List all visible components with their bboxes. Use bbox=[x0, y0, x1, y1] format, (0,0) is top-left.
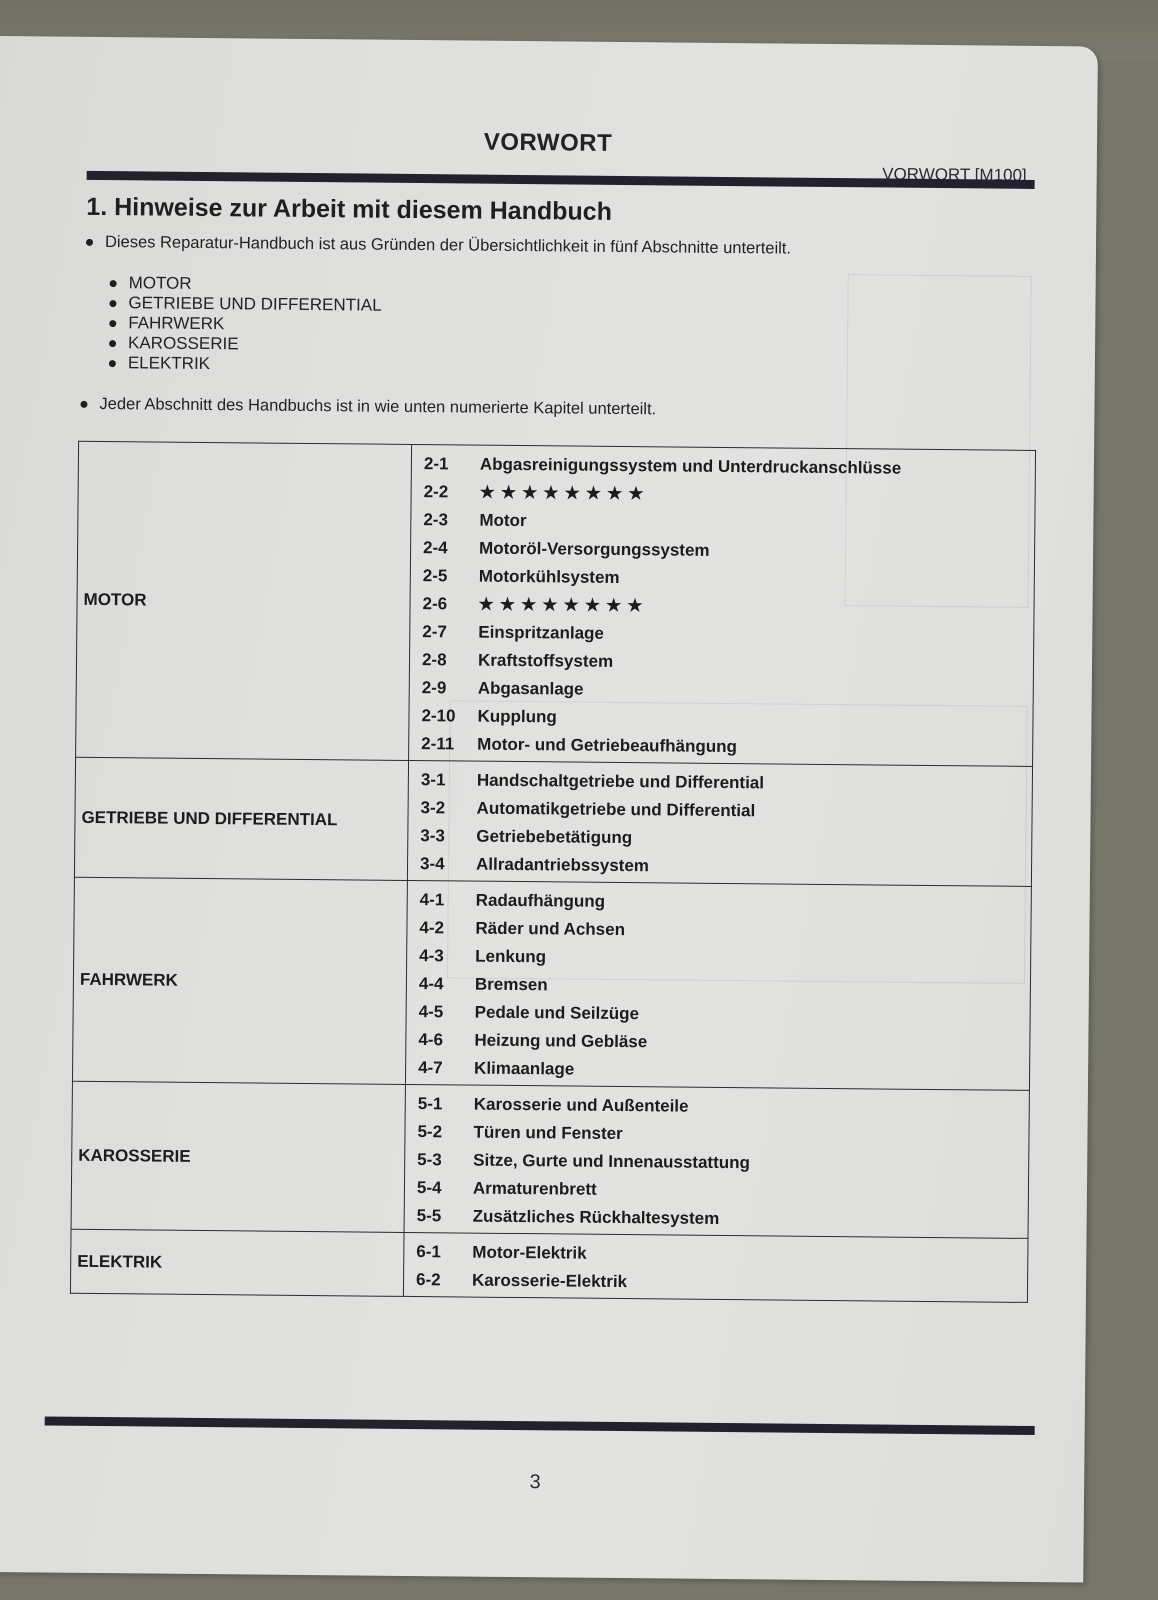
chapter-number: 3-4 bbox=[420, 854, 476, 875]
chapter-title: Radaufhängung bbox=[476, 891, 1031, 916]
chapter-number: 4-1 bbox=[420, 890, 476, 911]
chapter-title: Motorkühlsystem bbox=[479, 567, 1034, 592]
bullet-icon bbox=[109, 360, 116, 367]
table-row: GETRIEBE UND DIFFERENTIAL3-1Handschaltge… bbox=[74, 757, 1032, 886]
chapters-bullet: Jeder Abschnitt des Handbuchs ist in wie… bbox=[80, 395, 656, 420]
chapter-title: Armaturenbrett bbox=[473, 1179, 1028, 1204]
chapter-title: Motor-Elektrik bbox=[472, 1243, 1027, 1268]
footer-rule bbox=[45, 1416, 1035, 1435]
chapter-number: 5-4 bbox=[417, 1178, 473, 1199]
chapter-number: 4-2 bbox=[419, 918, 475, 939]
chapter-entry: 3-4Allradantriebssystem bbox=[420, 850, 1031, 884]
section-name-cell: FAHRWERK bbox=[72, 877, 407, 1084]
chapter-number: 2-5 bbox=[423, 566, 479, 587]
chapter-title: Kraftstoffsystem bbox=[478, 651, 1033, 676]
chapter-number: 5-2 bbox=[417, 1122, 473, 1143]
chapter-number: 4-6 bbox=[418, 1030, 474, 1051]
chapter-number: 4-4 bbox=[419, 974, 475, 995]
chapter-number: 4-7 bbox=[418, 1058, 474, 1079]
chapter-entry: 6-2Karosserie-Elektrik bbox=[416, 1266, 1027, 1300]
chapter-entry: 5-5Zusätzliches Rückhaltesystem bbox=[417, 1202, 1028, 1236]
chapter-number: 6-1 bbox=[416, 1242, 472, 1263]
bullet-icon bbox=[109, 340, 116, 347]
chapter-number: 5-1 bbox=[418, 1094, 474, 1115]
manual-page: VORWORT VORWORT [M100] 1. Hinweise zur A… bbox=[0, 36, 1098, 1582]
chapter-number: 2-6 bbox=[422, 594, 478, 615]
chapter-title: Türen und Fenster bbox=[473, 1123, 1028, 1148]
chapter-number: 2-1 bbox=[424, 454, 480, 475]
list-item: KAROSSERIE bbox=[109, 333, 381, 356]
chapter-list-cell: 3-1Handschaltgetriebe und Differential3-… bbox=[407, 760, 1032, 886]
chapter-entry: 4-7Klimaanlage bbox=[418, 1054, 1029, 1088]
chapter-list-cell: 5-1Karosserie und Außenteile5-2Türen und… bbox=[404, 1084, 1029, 1238]
chapter-title: Getriebebetätigung bbox=[476, 827, 1031, 852]
chapter-title: Abgasreinigungssystem und Unterdruckansc… bbox=[480, 455, 1035, 480]
chapter-title: Automatikgetriebe und Differential bbox=[477, 799, 1032, 824]
chapter-number: 4-5 bbox=[419, 1002, 475, 1023]
chapter-list-cell: 6-1Motor-Elektrik6-2Karosserie-Elektrik bbox=[403, 1232, 1028, 1302]
chapter-number: 2-7 bbox=[422, 622, 478, 643]
section-name-cell: MOTOR bbox=[76, 441, 412, 760]
chapter-number: 2-10 bbox=[421, 706, 477, 727]
list-item: FAHRWERK bbox=[109, 313, 381, 336]
chapter-table: MOTOR2-1Abgasreinigungssystem und Unterd… bbox=[70, 441, 1036, 1303]
chapter-title: Abgasanlage bbox=[478, 679, 1033, 704]
chapter-number: 5-3 bbox=[417, 1150, 473, 1171]
chapter-title: Kupplung bbox=[477, 707, 1032, 732]
intro-text: Dieses Reparatur-Handbuch ist aus Gründe… bbox=[105, 233, 791, 258]
chapter-title: ★★★★★★★★ bbox=[478, 595, 1033, 620]
chapter-title: Motor- und Getriebeaufhängung bbox=[477, 735, 1032, 760]
section-name-cell: KAROSSERIE bbox=[71, 1081, 405, 1232]
chapter-title: Bremsen bbox=[475, 975, 1030, 1000]
page-number: 3 bbox=[0, 1466, 1084, 1500]
chapter-title: Allradantriebssystem bbox=[476, 855, 1031, 880]
chapter-number: 5-5 bbox=[417, 1206, 473, 1227]
page-header-title: VORWORT bbox=[0, 124, 1097, 163]
chapter-number: 2-3 bbox=[423, 510, 479, 531]
table-row: KAROSSERIE5-1Karosserie und Außenteile5-… bbox=[71, 1081, 1029, 1238]
chapter-number: 2-2 bbox=[424, 482, 480, 503]
chapter-list-cell: 2-1Abgasreinigungssystem und Unterdrucka… bbox=[409, 444, 1036, 766]
bullet-icon bbox=[80, 401, 87, 408]
chapter-number: 2-4 bbox=[423, 538, 479, 559]
bullet-icon bbox=[109, 300, 116, 307]
sections-list: MOTOR GETRIEBE UND DIFFERENTIAL FAHRWERK… bbox=[109, 273, 382, 376]
table-row: MOTOR2-1Abgasreinigungssystem und Unterd… bbox=[76, 441, 1036, 766]
chapter-title: Klimaanlage bbox=[474, 1059, 1029, 1084]
chapter-entry: 2-11Motor- und Getriebeaufhängung bbox=[421, 730, 1032, 764]
chapter-title: ★★★★★★★★ bbox=[480, 483, 1035, 508]
chapter-number: 3-3 bbox=[420, 826, 476, 847]
chapter-title: Zusätzliches Rückhaltesystem bbox=[473, 1207, 1028, 1232]
chapter-title: Karosserie-Elektrik bbox=[472, 1271, 1027, 1296]
chapter-number: 3-2 bbox=[421, 798, 477, 819]
chapter-title: Räder und Achsen bbox=[475, 919, 1030, 944]
chapter-number: 2-11 bbox=[421, 734, 477, 755]
chapter-title: Motoröl-Versorgungssystem bbox=[479, 539, 1034, 564]
table-row: ELEKTRIK6-1Motor-Elektrik6-2Karosserie-E… bbox=[70, 1229, 1028, 1302]
chapter-title: Karosserie und Außenteile bbox=[474, 1095, 1029, 1120]
chapter-title: Handschaltgetriebe und Differential bbox=[477, 771, 1032, 796]
chapter-number: 6-2 bbox=[416, 1270, 472, 1291]
list-item: ELEKTRIK bbox=[109, 353, 381, 376]
intro-bullet: Dieses Reparatur-Handbuch ist aus Gründe… bbox=[86, 233, 791, 259]
chapter-list-cell: 4-1Radaufhängung4-2Räder und Achsen4-3Le… bbox=[405, 880, 1031, 1090]
bullet-icon bbox=[86, 239, 93, 246]
chapters-text: Jeder Abschnitt des Handbuchs ist in wie… bbox=[99, 395, 656, 418]
chapter-title: Lenkung bbox=[475, 947, 1030, 972]
chapter-number: 2-9 bbox=[422, 678, 478, 699]
chapter-number: 3-1 bbox=[421, 770, 477, 791]
chapter-title: Sitze, Gurte und Innenausstattung bbox=[473, 1151, 1028, 1176]
section-name-cell: GETRIEBE UND DIFFERENTIAL bbox=[74, 757, 408, 880]
chapter-title: Einspritzanlage bbox=[478, 623, 1033, 648]
section-title: 1. Hinweise zur Arbeit mit diesem Handbu… bbox=[86, 193, 612, 227]
list-item: MOTOR bbox=[110, 273, 382, 296]
bullet-icon bbox=[110, 280, 117, 287]
section-name-cell: ELEKTRIK bbox=[70, 1229, 404, 1296]
table-row: FAHRWERK4-1Radaufhängung4-2Räder und Ach… bbox=[72, 877, 1031, 1090]
chapter-title: Motor bbox=[479, 511, 1034, 536]
list-item: GETRIEBE UND DIFFERENTIAL bbox=[109, 293, 381, 316]
chapter-title: Pedale und Seilzüge bbox=[475, 1003, 1030, 1028]
chapter-number: 4-3 bbox=[419, 946, 475, 967]
chapter-number: 2-8 bbox=[422, 650, 478, 671]
chapter-title: Heizung und Gebläse bbox=[474, 1031, 1029, 1056]
bullet-icon bbox=[109, 320, 116, 327]
